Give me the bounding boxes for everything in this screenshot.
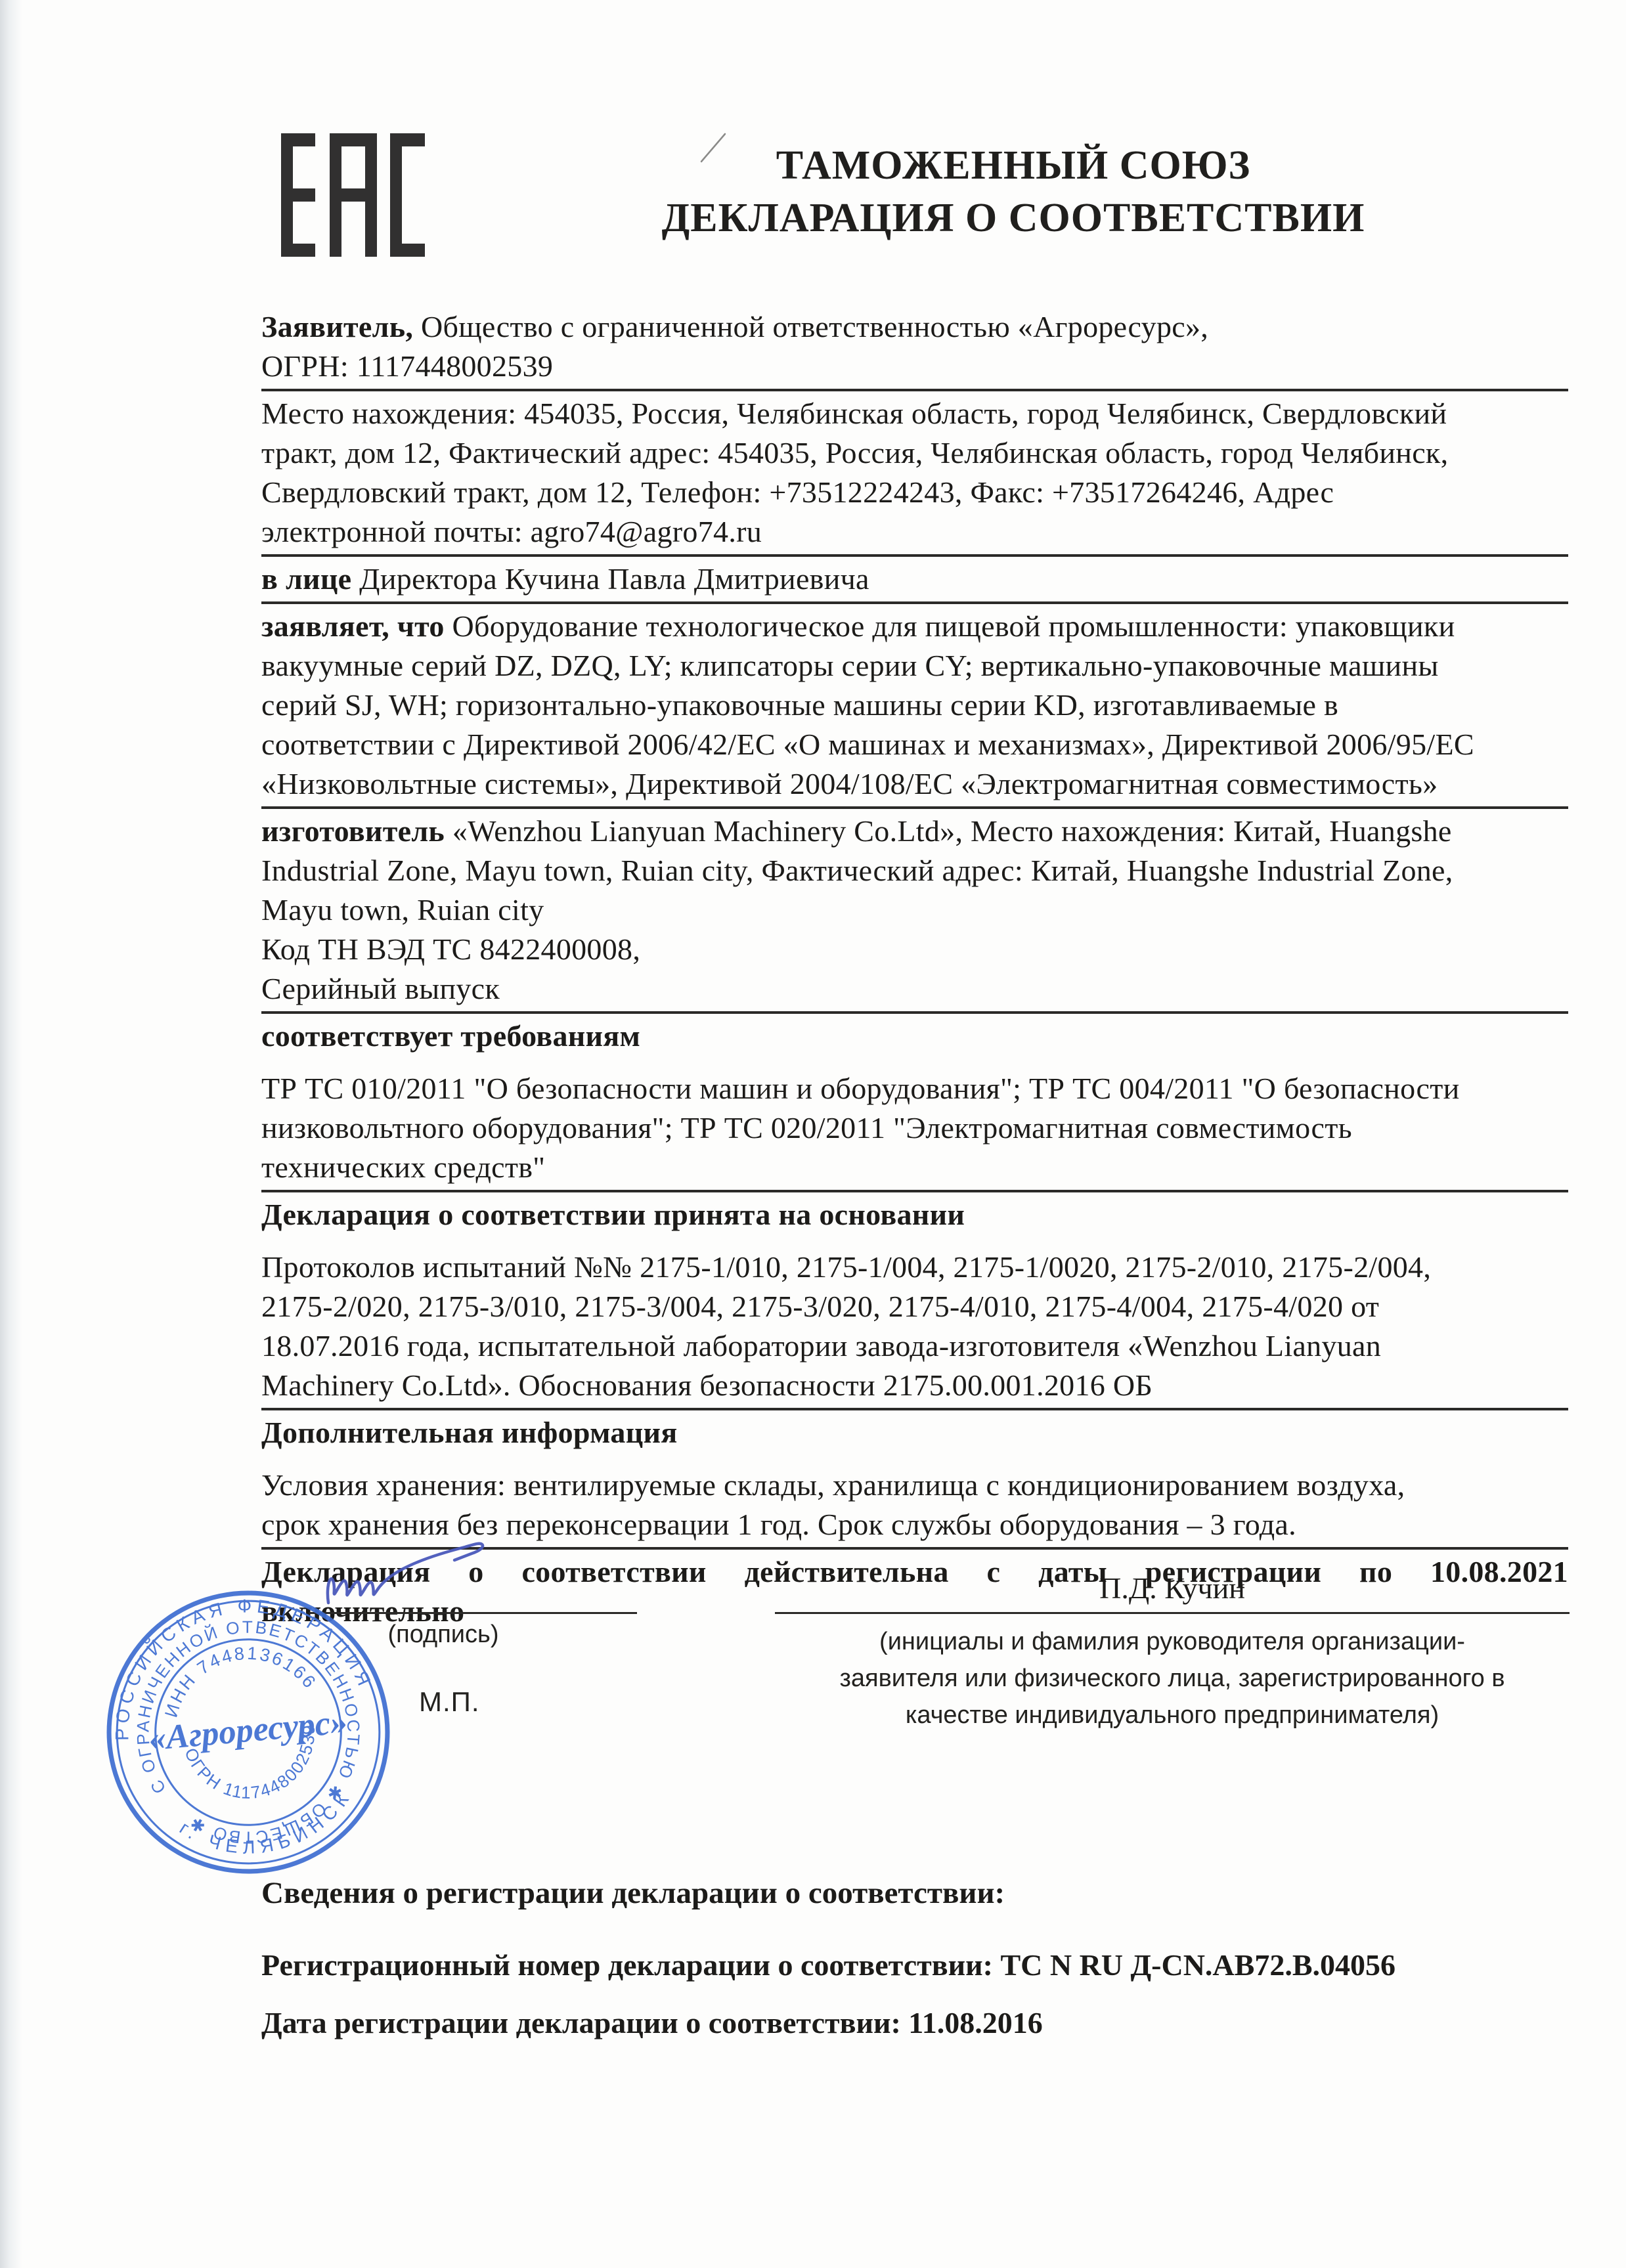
caption-line: заявителя или физического лица, зарегист…	[775, 1660, 1570, 1697]
section-divider	[261, 1408, 1568, 1410]
text: Серийный выпуск	[261, 972, 500, 1005]
text-line: Industrial Zone, Mayu town, Ruian city, …	[261, 851, 1568, 890]
text-line: 2175-2/020, 2175-3/010, 2175-3/004, 2175…	[261, 1287, 1568, 1326]
text: «Низковольтные системы», Директивой 2004…	[261, 767, 1438, 800]
text-line: Заявитель, Общество с ограниченной ответ…	[261, 307, 1568, 347]
text-line: тракт, дом 12, Фактический адрес: 454035…	[261, 433, 1568, 473]
stamp-place-label: М.П.	[419, 1686, 480, 1718]
text: 2175-2/020, 2175-3/010, 2175-3/004, 2175…	[261, 1290, 1379, 1323]
text-line: Место нахождения: 454035, Россия, Челяби…	[261, 394, 1568, 433]
title-line-2: ДЕКЛАРАЦИЯ О СООТВЕТСТВИИ	[591, 192, 1436, 244]
company-seal-stamp: РОССИЙСКАЯ ФЕДЕРАЦИЯ г. ЧЕЛЯБИНСК С ОГРА…	[102, 1586, 394, 1878]
body-sections: Заявитель, Общество с ограниченной ответ…	[261, 307, 1568, 1631]
text-line: соответствии с Директивой 2006/42/ЕС «О …	[261, 725, 1568, 764]
text: Machinery Co.Ltd». Обоснования безопасно…	[261, 1368, 1153, 1402]
text: электронной почты: agro74@agro74.ru	[261, 515, 762, 548]
text-line: Mayu town, Ruian city	[261, 890, 1568, 930]
section-divider	[261, 806, 1568, 809]
text: вакуумные серий DZ, DZQ, LY; клипсаторы …	[261, 649, 1439, 682]
text: Условия хранения: вентилируемые склады, …	[261, 1468, 1405, 1502]
text-line: технических средств"	[261, 1148, 1568, 1187]
section-divider	[261, 601, 1568, 604]
text: «Wenzhou Lianyuan Machinery Co.Ltd», Мес…	[445, 814, 1452, 848]
text: Оборудование технологическое для пищевой…	[445, 609, 1455, 643]
bold-text: в лице	[261, 562, 351, 596]
text: Протоколов испытаний №№ 2175-1/010, 2175…	[261, 1250, 1431, 1284]
text-line: Декларация о соответствии принята на осн…	[261, 1195, 1568, 1234]
text-line: электронной почты: agro74@agro74.ru	[261, 512, 1568, 552]
text: ТР ТС 010/2011 "О безопасности машин и о…	[261, 1072, 1460, 1105]
title-line-1: ТАМОЖЕННЫЙ СОЮЗ	[591, 139, 1436, 192]
section: в лице Директора Кучина Павла Дмитриевич…	[261, 559, 1568, 604]
text-line: Серийный выпуск	[261, 969, 1568, 1009]
text: Место нахождения: 454035, Россия, Челяби…	[261, 397, 1447, 430]
text: тракт, дом 12, Фактический адрес: 454035…	[261, 436, 1448, 469]
bold-text: изготовитель	[261, 814, 445, 848]
text-line: вакуумные серий DZ, DZQ, LY; клипсаторы …	[261, 646, 1568, 686]
section-divider	[261, 1011, 1568, 1014]
section-divider	[261, 554, 1568, 557]
scan-edge-shadow	[0, 0, 22, 2268]
caption-line: качестве индивидуального предпринимателя…	[775, 1697, 1570, 1734]
section: Дополнительная информацияУсловия хранени…	[261, 1413, 1568, 1550]
text: Директора Кучина Павла Дмитриевича	[351, 562, 869, 596]
text: Industrial Zone, Mayu town, Ruian city, …	[261, 854, 1453, 887]
document-title: ТАМОЖЕННЫЙ СОЮЗ ДЕКЛАРАЦИЯ О СООТВЕТСТВИ…	[591, 139, 1436, 244]
eac-mark-icon	[281, 133, 425, 257]
section: Декларация о соответствии принята на осн…	[261, 1195, 1568, 1410]
text-line: заявляет, что Оборудование технологическ…	[261, 607, 1568, 646]
section: Место нахождения: 454035, Россия, Челяби…	[261, 394, 1568, 557]
bold-text: соответствует требованиям	[261, 1019, 640, 1053]
text-line: соответствует требованиям	[261, 1016, 1568, 1056]
section-divider	[261, 389, 1568, 391]
section: соответствует требованиямТР ТС 010/2011 …	[261, 1016, 1568, 1192]
text-line: 18.07.2016 года, испытательной лаборатор…	[261, 1326, 1568, 1366]
text-line: низковольтного оборудования"; ТР ТС 020/…	[261, 1108, 1568, 1148]
text-line: Код ТН ВЭД ТС 8422400008,	[261, 930, 1568, 969]
section: заявляет, что Оборудование технологическ…	[261, 607, 1568, 809]
text: низковольтного оборудования"; ТР ТС 020/…	[261, 1111, 1352, 1145]
head-name-underline	[775, 1612, 1570, 1614]
text-line: в лице Директора Кучина Павла Дмитриевич…	[261, 559, 1568, 599]
text: серий SJ, WH; горизонтально-упаковочные …	[261, 688, 1338, 722]
text-line: Свердловский тракт, дом 12, Телефон: +73…	[261, 473, 1568, 512]
text-line: Протоколов испытаний №№ 2175-1/010, 2175…	[261, 1248, 1568, 1287]
text: Свердловский тракт, дом 12, Телефон: +73…	[261, 475, 1334, 509]
text: ОГРН: 1117448002539	[261, 349, 553, 383]
bold-text: заявляет, что	[261, 609, 445, 643]
text: 18.07.2016 года, испытательной лаборатор…	[261, 1329, 1381, 1363]
text: Общество с ограниченной ответственностью…	[413, 310, 1208, 343]
section: изготовитель «Wenzhou Lianyuan Machinery…	[261, 812, 1568, 1014]
text: соответствии с Директивой 2006/42/ЕС «О …	[261, 728, 1474, 761]
section-divider	[261, 1190, 1568, 1192]
registration-number-line: Регистрационный номер декларации о соотв…	[261, 1948, 1395, 1982]
declaration-document: ТАМОЖЕННЫЙ СОЮЗ ДЕКЛАРАЦИЯ О СООТВЕТСТВИ…	[0, 0, 1626, 2268]
text-line: Machinery Co.Ltd». Обоснования безопасно…	[261, 1366, 1568, 1405]
head-name-caption: (инициалы и фамилия руководителя организ…	[775, 1623, 1570, 1734]
registration-heading: Сведения о регистрации декларации о соот…	[261, 1875, 1005, 1911]
bold-text: Дополнительная информация	[261, 1416, 678, 1449]
text-line: ТР ТС 010/2011 "О безопасности машин и о…	[261, 1069, 1568, 1108]
caption-line: (инициалы и фамилия руководителя организ…	[775, 1623, 1570, 1660]
registration-date-line: Дата регистрации декларации о соответств…	[261, 2005, 1043, 2040]
text-line: Условия хранения: вентилируемые склады, …	[261, 1466, 1568, 1505]
bold-text: Декларация о соответствии принята на осн…	[261, 1198, 965, 1231]
text-line: ОГРН: 1117448002539	[261, 347, 1568, 386]
text: Mayu town, Ruian city	[261, 893, 544, 927]
text: Код ТН ВЭД ТС 8422400008,	[261, 932, 640, 966]
text-line: «Низковольтные системы», Директивой 2004…	[261, 764, 1568, 804]
text: технических средств"	[261, 1150, 545, 1184]
bold-text: Заявитель,	[261, 310, 413, 343]
text-line: Дополнительная информация	[261, 1413, 1568, 1452]
text-line: серий SJ, WH; горизонтально-упаковочные …	[261, 686, 1568, 725]
section: Заявитель, Общество с ограниченной ответ…	[261, 307, 1568, 391]
head-name: П.Д. Кучин	[775, 1571, 1570, 1605]
text-line: изготовитель «Wenzhou Lianyuan Machinery…	[261, 812, 1568, 851]
